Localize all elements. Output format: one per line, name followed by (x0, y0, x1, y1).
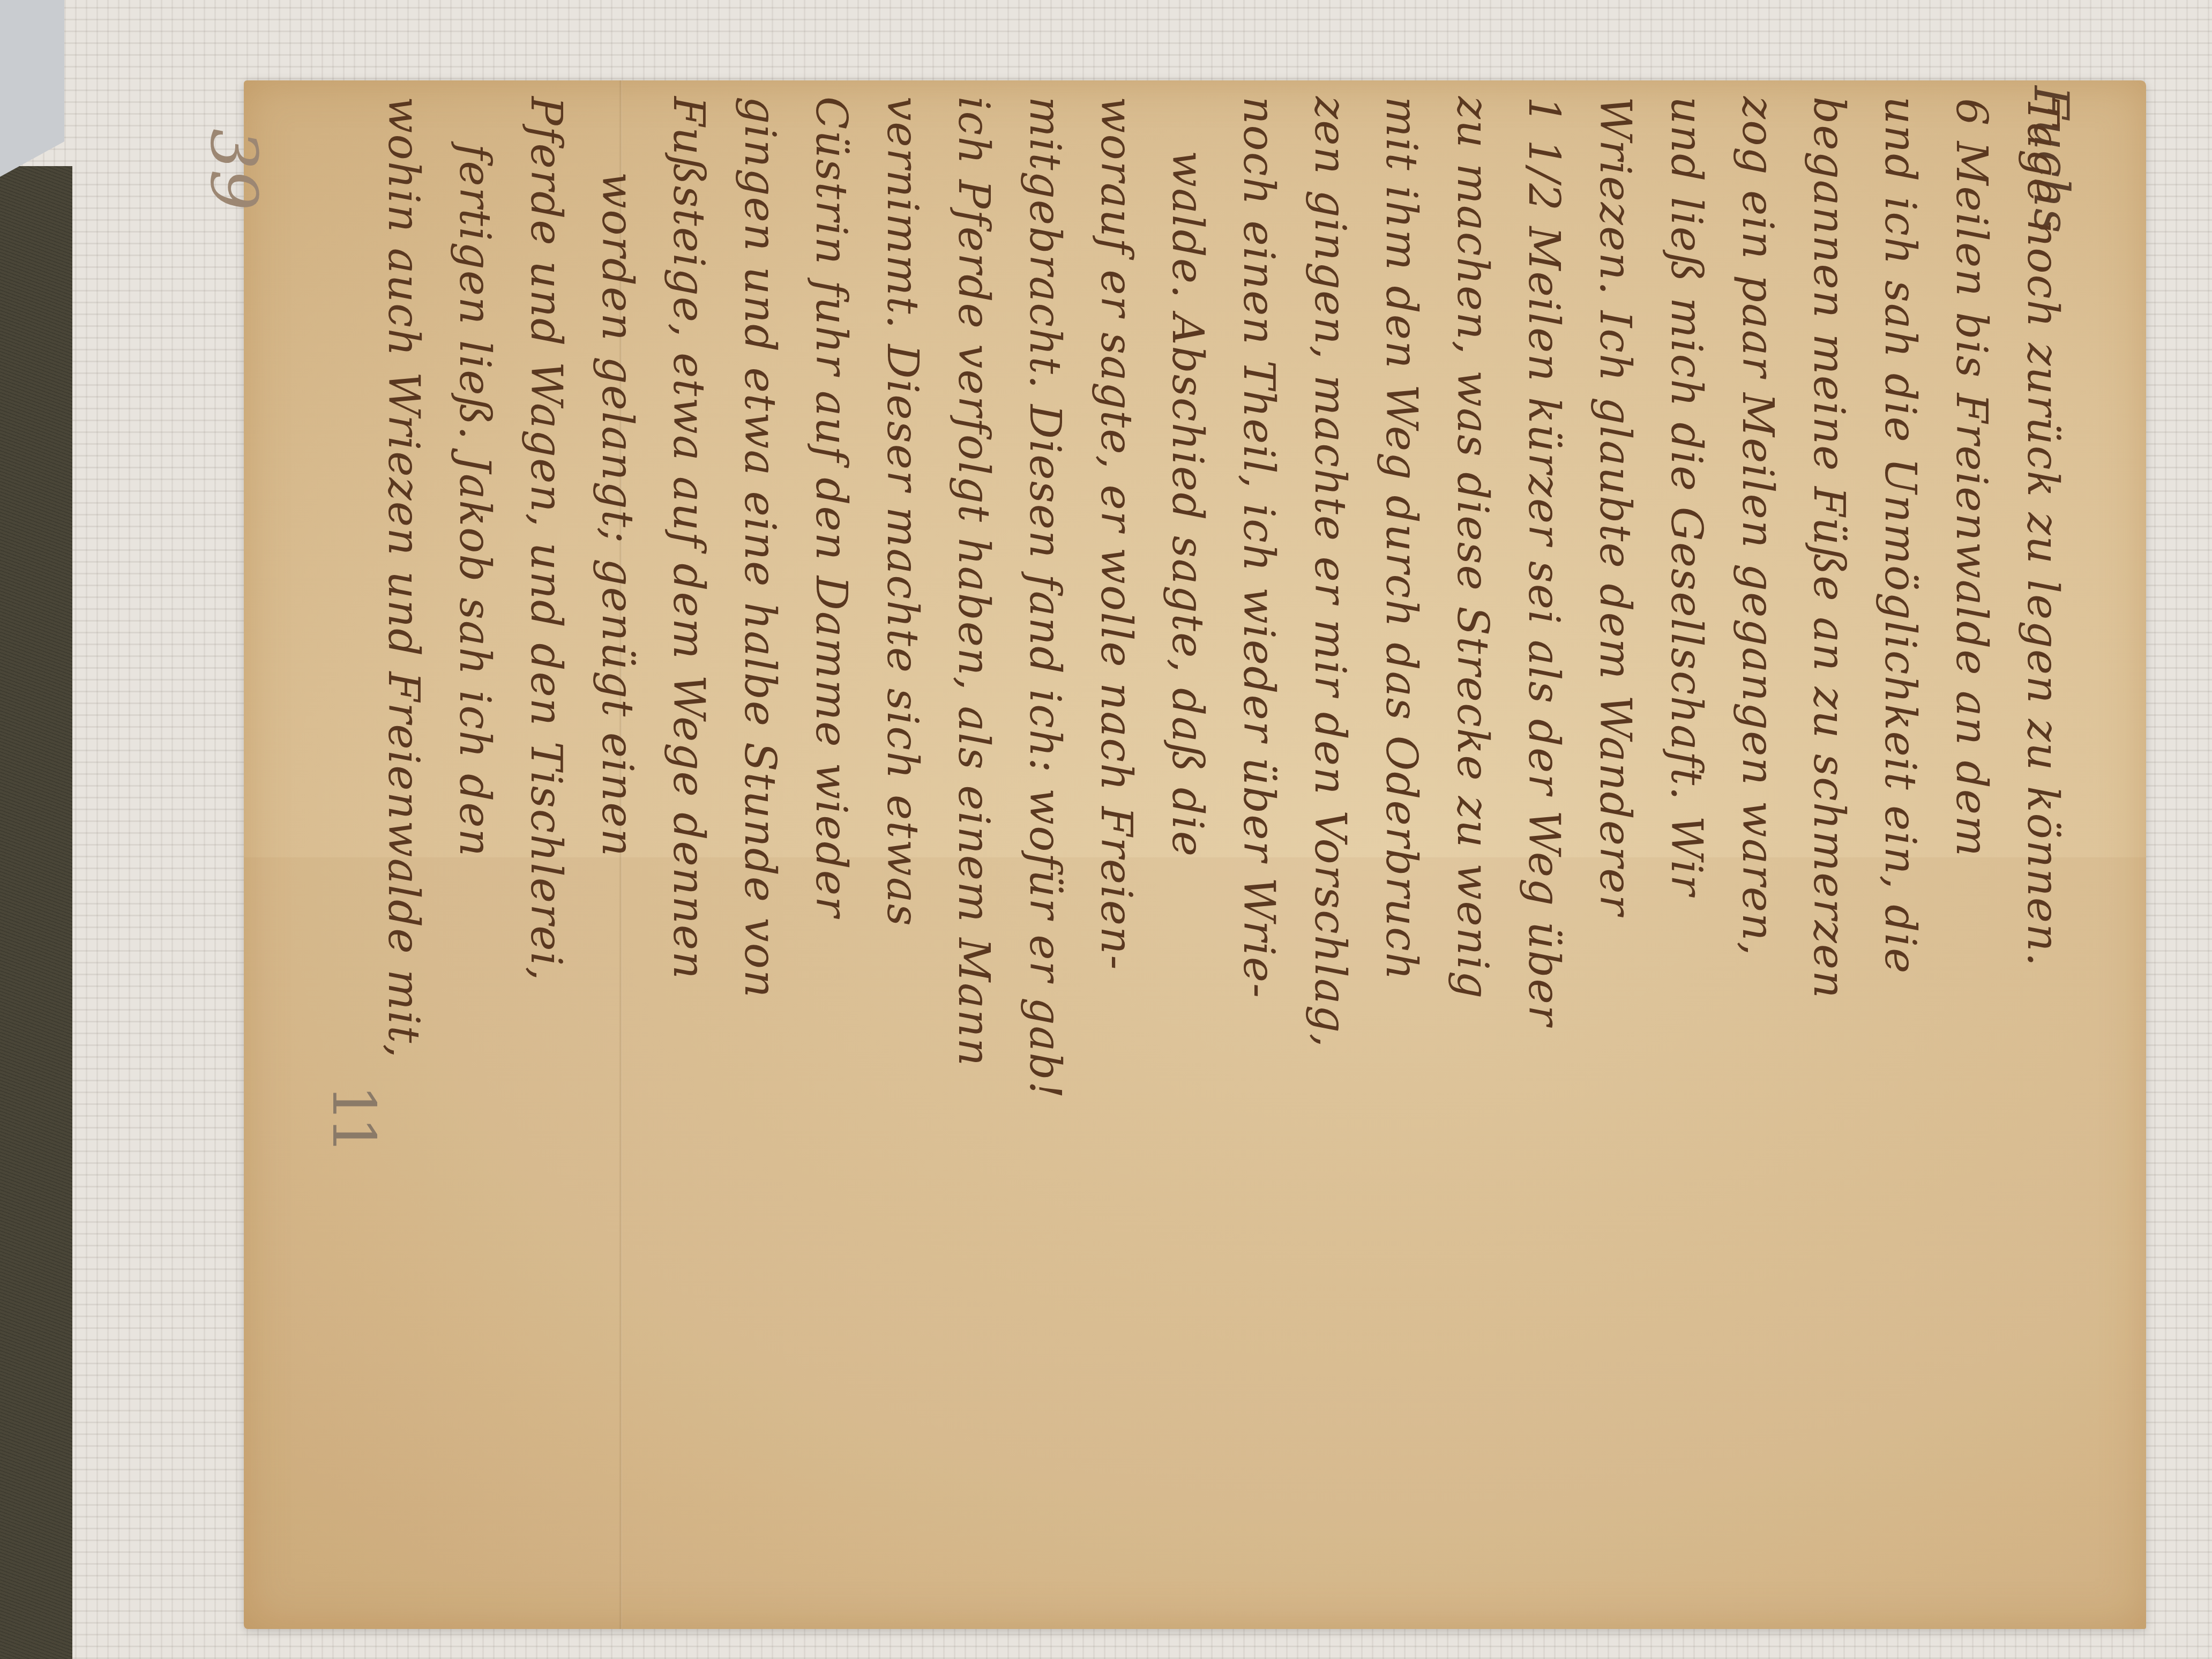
margin-mark: 11 (319, 1085, 388, 1149)
text-line: begannen meine Füße an zu schmerzen (1800, 96, 1865, 857)
handwritten-text-block: wohin auch Wriezen und Freienwalde mit, … (375, 96, 2090, 857)
text-line: Pferde und Wagen, und den Tischlerei, (518, 96, 582, 857)
text-line: 6 Meilen bis Freienwalde an dem (1943, 96, 2007, 857)
text-line: walde. Abschied sagte, daß die (1159, 96, 1223, 857)
text-line: Wriezen. Ich glaubte dem Wanderer (1587, 96, 1651, 857)
text-line: ich Pferde verfolgt haben, als einem Man… (945, 96, 1010, 857)
text-line: worauf er sagte, er wolle nach Freien- (1088, 96, 1152, 857)
text-line: wohin auch Wriezen und Freienwalde mit, (375, 96, 439, 857)
text-line: zog ein paar Meilen gegangen waren, (1729, 96, 1793, 857)
text-line: und ließ mich die Gesellschaft. Wir (1658, 96, 1722, 857)
text-line: vernimmt. Dieser machte sich etwas (874, 96, 938, 857)
text-line: 1 1/2 Meilen kürzer sei als der Weg über (1515, 96, 1580, 857)
text-line: Fußsteige, etwa auf dem Wege dennen (660, 96, 724, 857)
text-line: gingen und etwa eine halbe Stunde von (731, 96, 796, 857)
text-line: Cüstrin fuhr auf den Damme wieder (803, 96, 867, 857)
label-text (5, 0, 35, 32)
dark-fabric-strip (0, 166, 72, 1659)
folio-number: 39 (196, 129, 271, 211)
text-line: zu machen, was diese Strecke zu wenig (1444, 96, 1508, 857)
text-line: und ich sah die Unmöglichkeit ein, die (1872, 96, 1936, 857)
text-line: noch einen Theil, ich wieder über Wrie- (1230, 96, 1295, 857)
text-line: Tage noch zurück zu legen zu können. (2014, 96, 2079, 857)
text-line: zen gingen, machte er mir den Vorschlag, (1302, 96, 1366, 857)
text-line: mit ihm den Weg durch das Oderbruch (1373, 96, 1437, 857)
text-line: fertigen ließ. Jakob sah ich den (446, 96, 511, 857)
text-line: mitgebracht. Diesen fand ich: wofür er g… (1017, 96, 1081, 857)
text-line: worden gelangt; genügt einen (589, 96, 653, 857)
